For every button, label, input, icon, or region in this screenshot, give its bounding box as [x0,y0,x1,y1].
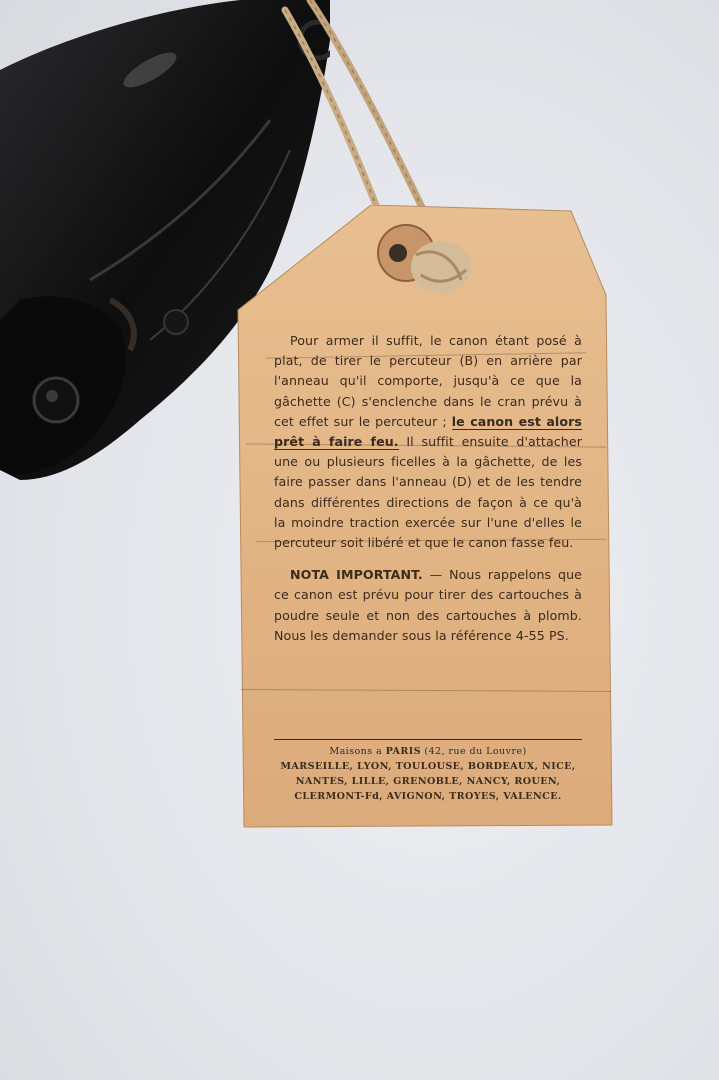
instructions-continuation: Il suffit ensuite d'attacher une ou plus… [274,434,582,550]
footer-suffix: (42, rue du Louvre) [421,746,527,757]
photo-scene: Pour armer il suffit, le canon étant pos… [0,0,719,1080]
nota-dash: — [423,567,449,582]
footer-city: PARIS [386,746,421,757]
footer-prefix: Maisons a [329,746,385,757]
tag-footer-addresses: Maisons a PARIS (42, rue du Louvre) MARS… [274,739,582,804]
paper-tag: Pour armer il suffit, le canon étant pos… [236,205,616,830]
nota-heading: NOTA IMPORTANT. [290,567,423,582]
footer-line-paris: Maisons a PARIS (42, rue du Louvre) [274,744,582,759]
nota-important-paragraph: NOTA IMPORTANT. — Nous rappelons que ce … [274,565,582,646]
footer-cities-line-2: NANTES, LILLE, GRENOBLE, NANCY, ROUEN, [274,774,582,789]
footer-cities-line-3: CLERMONT-Fd, AVIGNON, TROYES, VALENCE. [274,789,582,804]
footer-cities-line-1: MARSEILLE, LYON, TOULOUSE, BORDEAUX, NIC… [274,759,582,774]
instructions-text: Pour armer il suffit, le canon étant pos… [274,331,582,646]
